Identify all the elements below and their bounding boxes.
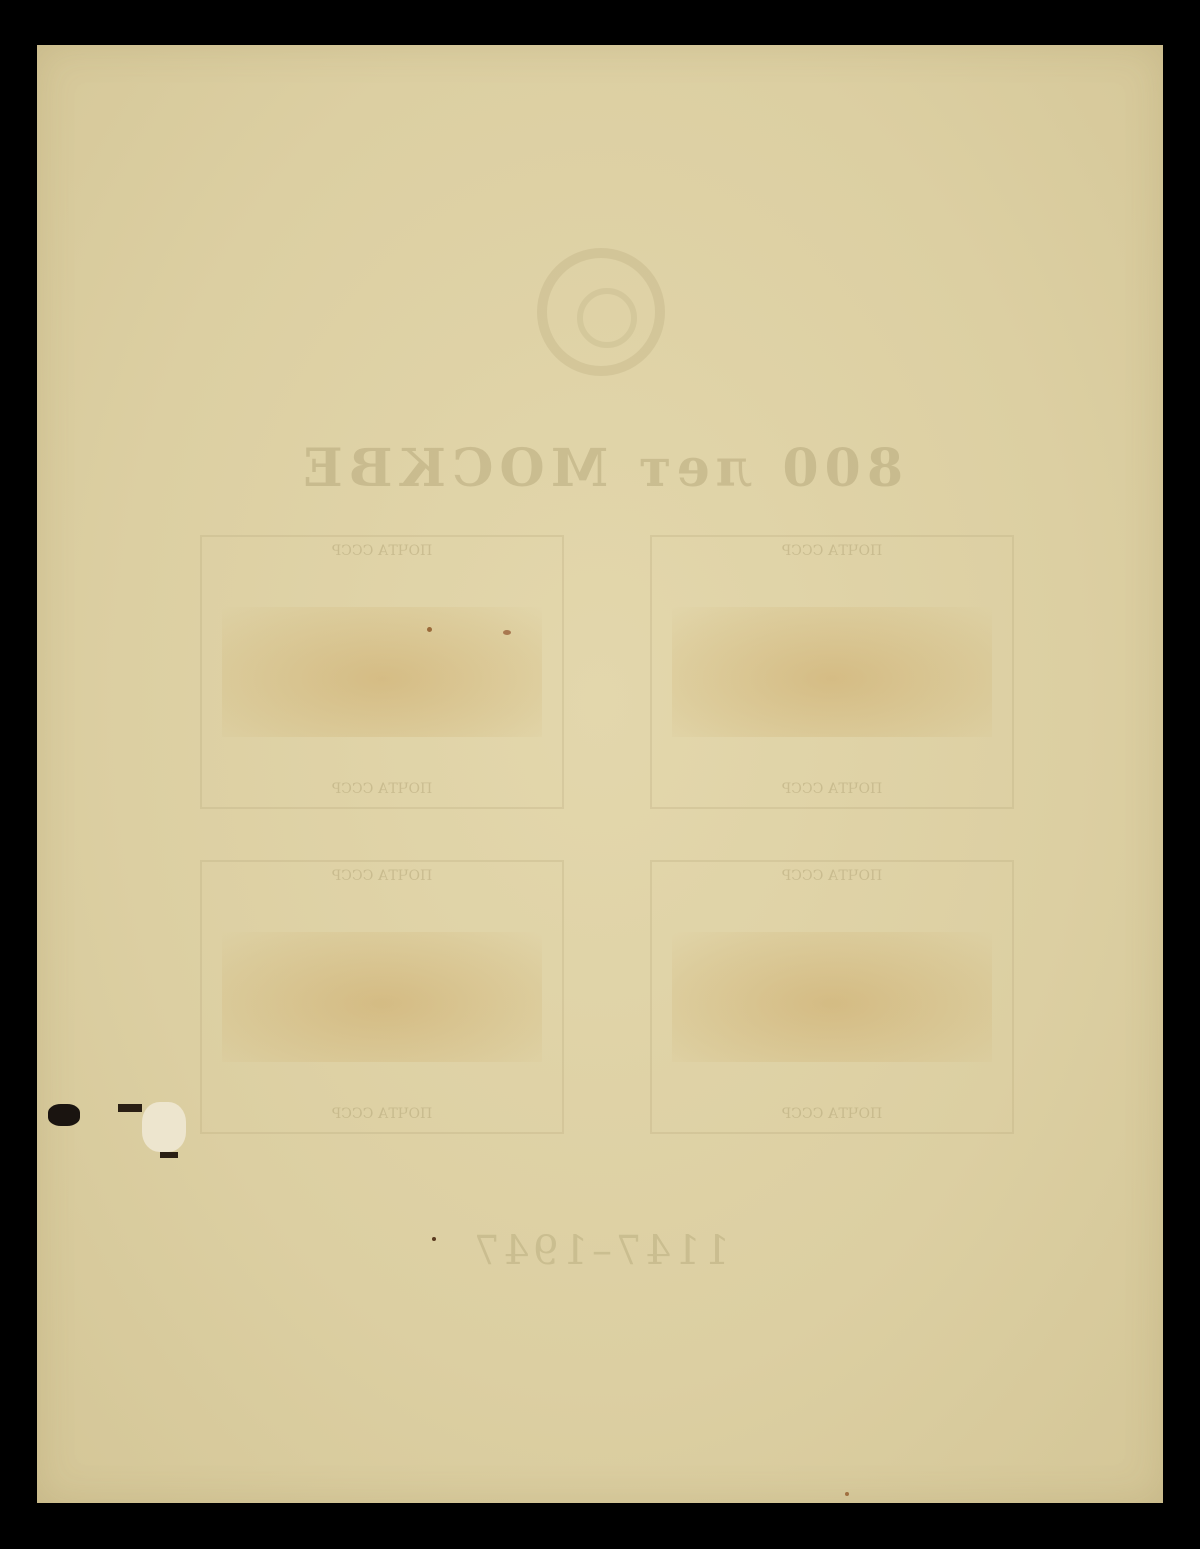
foxing-spot — [427, 627, 432, 632]
emblem-inner-ring — [577, 288, 637, 348]
stamp-top-label: ПОЧТА СССР — [202, 543, 562, 559]
mirrored-dates: 1147–1947 — [0, 1228, 1200, 1274]
stamp-image-showthrough — [672, 607, 992, 737]
stamp-image-showthrough — [222, 607, 542, 737]
stamp-bottom-label: ПОЧТА СССР — [652, 1106, 1012, 1122]
stamp-top-left: ПОЧТА СССР ПОЧТА СССР — [200, 535, 564, 809]
stamp-sheet: 800 лет МОСКВЕ ПОЧТА СССР ПОЧТА СССР ПОЧ… — [37, 45, 1163, 1503]
mirrored-title: 800 лет МОСКВЕ — [0, 438, 1200, 499]
stamp-bottom-label: ПОЧТА СССР — [202, 781, 562, 797]
stamp-top-label: ПОЧТА СССР — [652, 868, 1012, 884]
stamp-bottom-label: ПОЧТА СССР — [652, 781, 1012, 797]
stamp-image-showthrough — [222, 932, 542, 1062]
paper-thin-spot — [142, 1102, 186, 1152]
stamp-bottom-left: ПОЧТА СССР ПОЧТА СССР — [200, 860, 564, 1134]
stamp-top-label: ПОЧТА СССР — [652, 543, 1012, 559]
stamp-image-showthrough — [672, 932, 992, 1062]
stamp-bottom-label: ПОЧТА СССР — [202, 1106, 562, 1122]
hinge-remnant-small — [118, 1104, 142, 1112]
foxing-spot — [845, 1492, 849, 1496]
stamp-top-label: ПОЧТА СССР — [202, 868, 562, 884]
hinge-remnant-tiny — [160, 1152, 178, 1158]
hinge-remnant — [48, 1104, 80, 1126]
emblem-embossing — [537, 248, 665, 376]
foxing-spot — [432, 1237, 436, 1241]
stamp-top-right: ПОЧТА СССР ПОЧТА СССР — [650, 535, 1014, 809]
stamp-bottom-right: ПОЧТА СССР ПОЧТА СССР — [650, 860, 1014, 1134]
foxing-spot — [503, 630, 511, 635]
